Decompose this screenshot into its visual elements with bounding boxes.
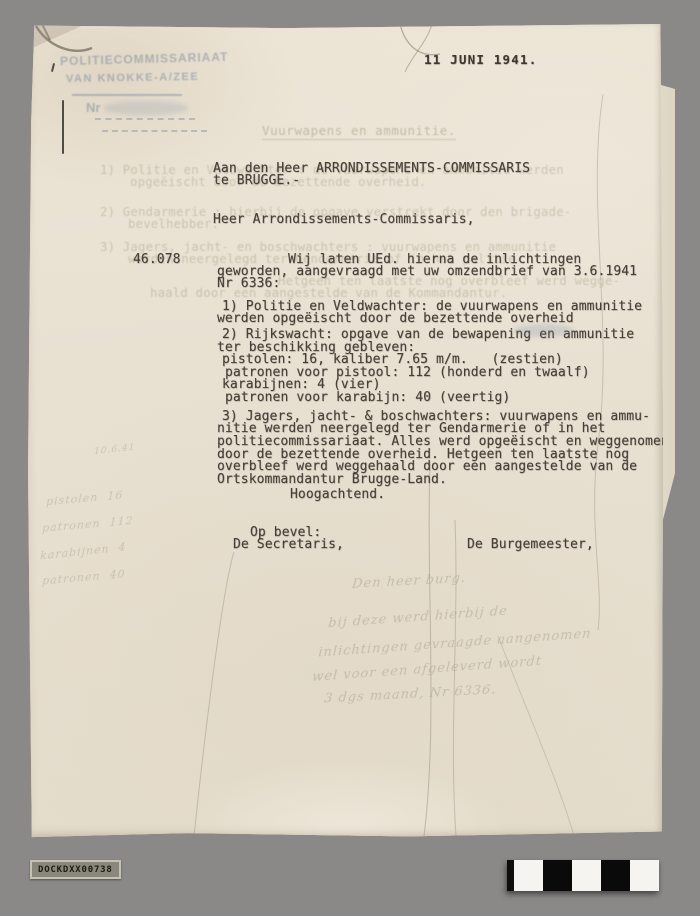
calibration-square [514,860,543,891]
typed-line: Nr 6336: [217,277,280,290]
calibration-square [572,860,601,891]
pencil-margin-note: karabijnen 4 [40,540,127,562]
typed-line: De Secretaris, [233,538,344,551]
office-stamp-line1: POLITIECOMMISSARIAAT [60,50,229,68]
pencil-margin-note: 10.6.41 [94,443,135,457]
typed-line: Ortskommandantur Brugge-Land. [217,473,447,486]
stamp-ink-smear [104,101,188,115]
archive-label: DOCKDXX00738 [30,860,121,879]
pencil-center-note: bij deze werd hierbij de [328,604,509,632]
pencil-margin-note: patronen 112 [42,514,134,535]
typed-line: De Burgemeester, [467,538,594,551]
office-stamp-nr: Nr [86,100,100,115]
stamp-rule [72,94,182,96]
calibration-square [601,860,630,891]
letter-subject: Vuurwapens en ammunitie. [262,123,456,140]
typed-line: 46.078 [133,253,181,266]
stamp-dashed-line [95,118,195,120]
scan-background: POLITIECOMMISSARIAAT VAN KNOKKE-A/ZEE Nr… [0,0,700,916]
pencil-center-note: inlichtingen gevraagde aangenomen [318,626,592,660]
typed-line: werden opgeëischt door de bezettende ove… [217,312,574,325]
typed-line: Heer Arrondissements-Commissaris, [213,213,475,226]
pencil-center-note: Den heer burg. [351,571,466,592]
letter-date: 11 JUNI 1941. [424,53,537,66]
typed-line: te BRUGGE.- [213,174,300,187]
ghost-line: haald door een aangestelde van de Komman… [150,287,507,299]
pencil-margin-note: patronen 40 [42,567,126,587]
document-page: POLITIECOMMISSARIAAT VAN KNOKKE-A/ZEE Nr… [28,24,663,838]
typed-line: Hoogachtend. [290,488,385,501]
pencil-center-note: 3 dgs maand, Nr 6336. [323,682,497,706]
ghost-line: bevelhebber. [128,218,219,230]
calibration-square [543,860,572,891]
typed-line: patronen voor karabijn: 40 (veertig) [225,391,510,404]
stamp-dashed-line [102,130,207,132]
blue-ink-smudge [514,324,574,337]
calibration-square [630,860,659,891]
office-stamp-line2: VAN KNOKKE-A/ZEE [66,71,199,85]
pencil-margin-note: pistolen 16 [46,489,124,509]
calibration-bar [507,860,659,891]
ink-stroke-vertical [62,100,64,154]
archive-label-text: DOCKDXX00738 [32,862,119,877]
ink-speck [51,63,55,72]
